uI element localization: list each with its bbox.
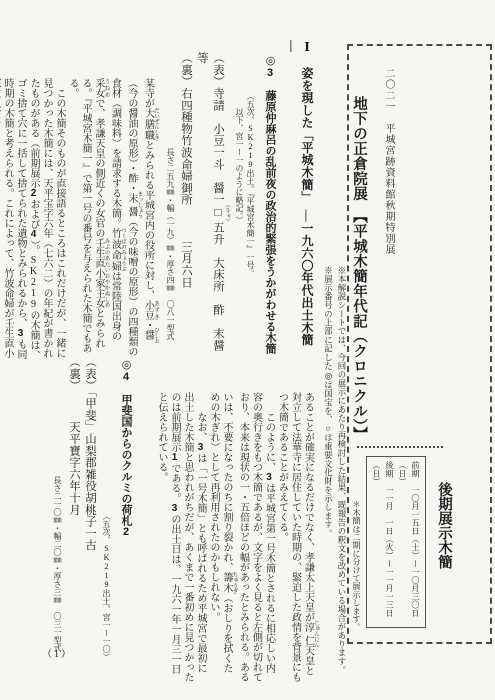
- dotted-divider: [357, 446, 443, 448]
- paragraph: あることが確実になるだけでなく、孝謙太上天皇が淳仁じゅんにん天皇と対立して法華寺…: [276, 392, 320, 682]
- date-range-second-term: 後期 一一月 一日（火）ー一一月一三日（日）: [370, 461, 396, 623]
- exhibition-title-box: 二〇二一 平城宮跡資料館秋期特別展 地下の正倉院展 【平城木簡年代記（クロニクル…: [347, 44, 492, 644]
- paragraph: なお、3は「一号木簡」とも呼ばれるため平城宮で最初に出土した木簡と思われがちだが…: [155, 392, 207, 682]
- dates-note: ＊木簡は二期に分けて展示します。: [351, 500, 362, 636]
- exhibition-subtitle: 二〇二一 平城宮跡資料館秋期特別展: [380, 68, 397, 448]
- item4-tablet-front-text: （表）「甲斐」山梨郡雑役胡桃子一古: [82, 356, 98, 700]
- side-note-revision: ※本解説シートでは、今回の展示にあたり再検討した結果、既報告の釈文を改めている場…: [335, 266, 349, 686]
- item3-commentary-upper: 某寺が大膳職だいぜんしきとみられる平城宮内の役所に対し、小豆あずき・醤ひしお（今…: [0, 78, 159, 360]
- exhibition-dates-box: 前期 一〇月一五日（土）ー一〇月三〇日（日） 後期 一一月 一日（火）ー一一月一…: [366, 456, 426, 628]
- paragraph: この木簡そのものが直接語るところはこれだけだが、一緒に見つかった木簡には、天平宝…: [0, 78, 66, 360]
- item3-dimensions: 長さ二五九㎜・幅（一九）㎜・厚さ四㎜ 〇八一型式: [165, 148, 176, 358]
- page-number: （1）: [42, 645, 73, 660]
- lower-band: あることが確実になるだけでなく、孝謙太上天皇が淳仁じゅんにん天皇と対立して法華寺…: [139, 358, 319, 700]
- exhibition-main-title: 地下の正倉院展 【平城木簡年代記（クロニクル）】: [349, 96, 370, 448]
- document-page: { "title_box": { "subtitle": "二〇二一 平城宮跡資…: [0, 0, 495, 700]
- item3-source-line1: （五次、SK219出土。『平城宮木簡一』一号。: [245, 92, 256, 358]
- item4-dimensions: 長さ二一〇㎜・幅二〇㎜・厚さ三㎜ 〇三一型式: [52, 476, 63, 700]
- period-label: 後期展示木簡: [434, 482, 455, 632]
- item3-source-note: （五次、SK219出土。『平城宮木簡一』一号。 以下、宮一ー一のように略記。）: [234, 36, 256, 358]
- item3-commentary-lower: あることが確実になるだけでなく、孝謙太上天皇が淳仁じゅんにん天皇と対立して法華寺…: [155, 392, 319, 682]
- date-range-first-term: 前期 一〇月一五日（土）ー一〇月三〇日（日）: [396, 461, 422, 623]
- paragraph: 某寺が大膳職だいぜんしきとみられる平城宮内の役所に対し、小豆あずき・醤ひしお（今…: [66, 78, 159, 360]
- side-note-designation-marks: ※展示番号の上部に記した◎は国宝を、○は重要文化財を示します。: [321, 266, 335, 686]
- item3-tablet-back-text: （裏）右四種物竹波命婦御所 三月六日: [178, 52, 194, 358]
- item3-tablet-front-text: （表）寺請 小豆一斗 醤一□（斗ヵ）五升 大床所 酢 末醤等: [194, 52, 230, 358]
- upper-band: Ⅰ 姿を現した「平城木簡」 ―一九六〇年代出土木簡― ◎3 藤原仲麻呂の乱前夜の…: [44, 36, 320, 358]
- title-box-upper: 二〇二一 平城宮跡資料館秋期特別展 地下の正倉院展 【平城木簡年代記（クロニクル…: [349, 46, 403, 444]
- item3-source-line2: 以下、宮一ー一のように略記。）: [234, 108, 245, 358]
- item3-heading: ◎3 藤原仲麻呂の乱前夜の政治的緊張をうかがわせる木簡: [262, 54, 278, 354]
- item4-source-note: （五次、SK219出土、宮一ー一〇）: [101, 512, 112, 700]
- paragraph: このように、3は平城宮第一号木簡とされるに相応しい内容の奥行きをもつ木簡であるが…: [207, 392, 276, 682]
- side-notes: ※本解説シートでは、今回の展示にあたり再検討した結果、既報告の釈文を改めている場…: [316, 266, 348, 686]
- item4-heading: ◎4 甲斐国からのクルミの荷札2: [118, 358, 134, 688]
- section-heading: Ⅰ 姿を現した「平城木簡」 ―一九六〇年代出土木簡―: [284, 40, 316, 352]
- title-box-lower: 後期展示木簡 前期 一〇月一五日（土）ー一〇月三〇日（日） 後期 一一月 一日（…: [349, 450, 495, 636]
